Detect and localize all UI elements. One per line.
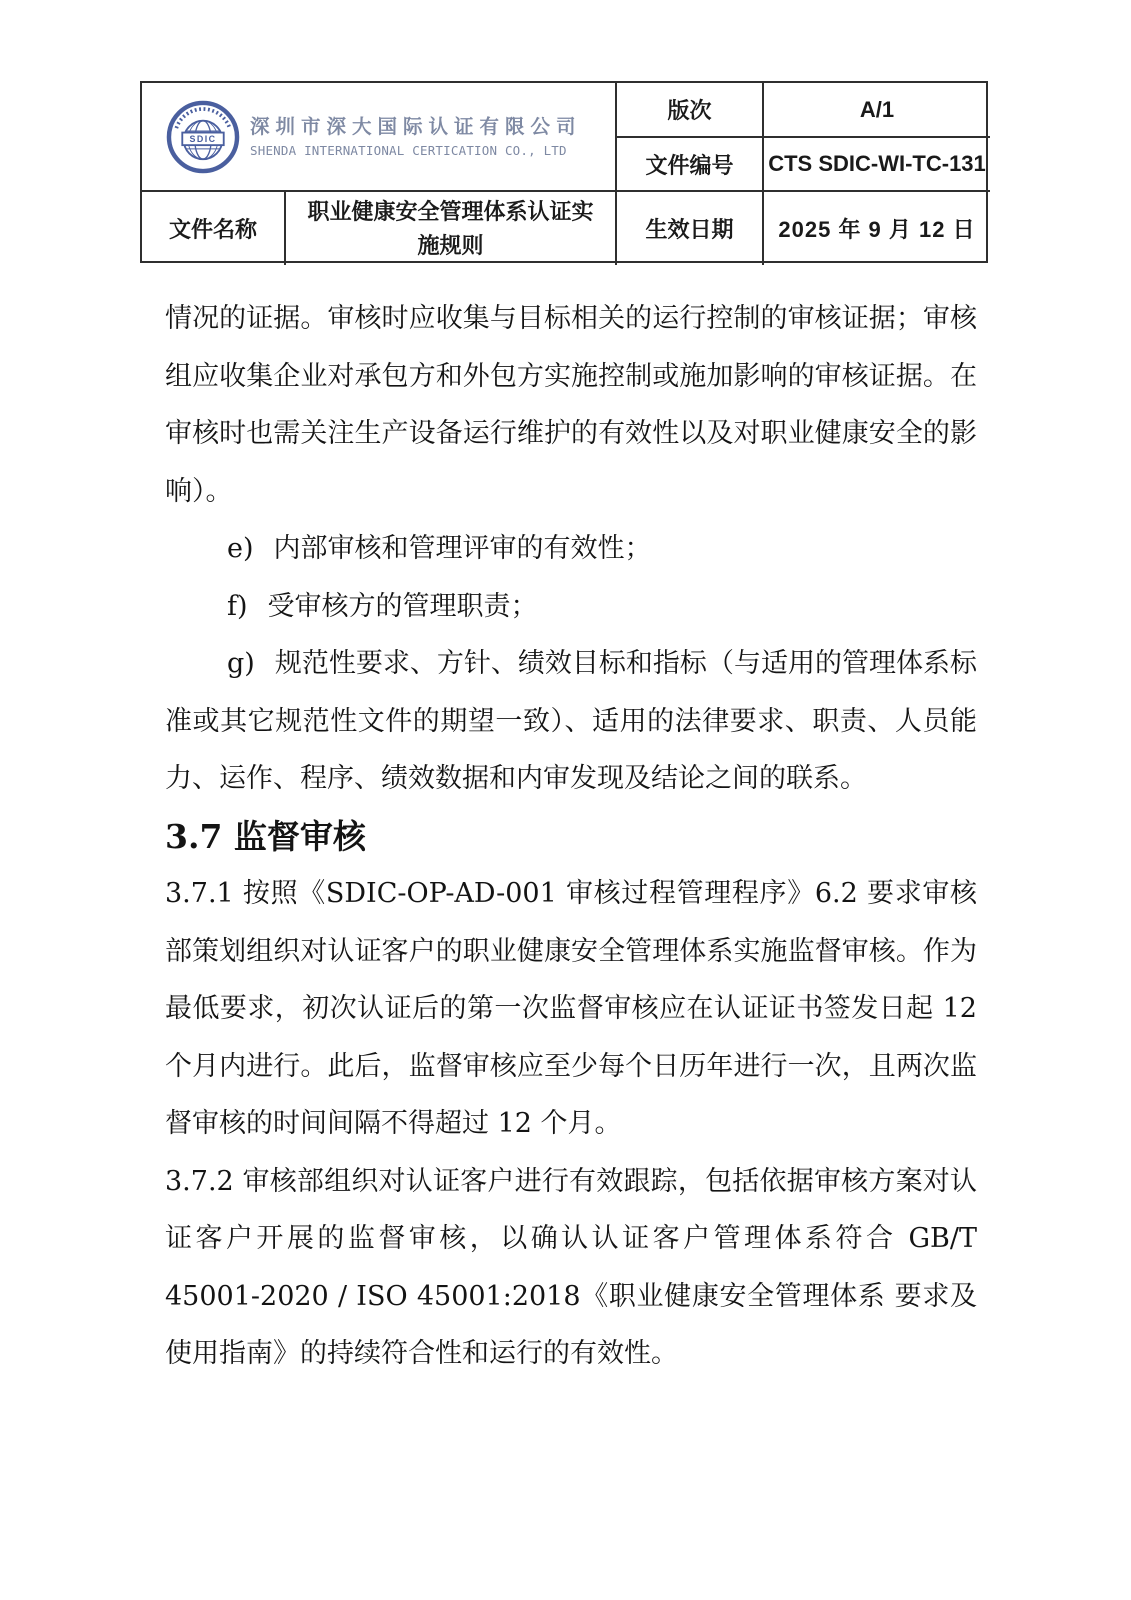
paragraph-3-7-1: 3.7.1 按照《SDIC-OP-AD-001 审核过程管理程序》6.2 要求审…	[165, 865, 977, 1153]
list-marker: g)	[227, 648, 255, 679]
doc-number-label: 文件编号	[615, 136, 762, 190]
paragraph: 情况的证据。审核时应收集与目标相关的运行控制的审核证据；审核组应收集企业对承包方…	[165, 290, 977, 520]
effective-date-value: 2025 年 9 月 12 日	[762, 190, 990, 265]
version-value: A/1	[762, 83, 990, 136]
paragraph-3-7-2: 3.7.2 审核部组织对认证客户进行有效跟踪，包括依据审核方案对认证客户开展的监…	[165, 1153, 977, 1383]
company-name-block: 深圳市深大国际认证有限公司 SHENDA INTERNATIONAL CERTI…	[250, 115, 582, 158]
logo-cell: SDIC 深圳市深大国际认证有限公司 SHENDA INTERNATIONAL …	[142, 83, 615, 190]
list-item-f: f)受审核方的管理职责；	[165, 578, 977, 636]
doc-number-value: CTS SDIC-WI-TC-131	[762, 136, 990, 190]
company-name-cn: 深圳市深大国际认证有限公司	[250, 115, 582, 139]
logo-emblem-text: SDIC	[189, 134, 216, 144]
document-header-table: SDIC 深圳市深大国际认证有限公司 SHENDA INTERNATIONAL …	[140, 81, 988, 263]
company-logo-icon: SDIC	[166, 100, 240, 174]
section-heading-3-7: 3.7 监督审核	[165, 808, 977, 866]
list-item-text: 内部审核和管理评审的有效性；	[274, 533, 652, 564]
version-label: 版次	[615, 83, 762, 136]
list-item-text: 受审核方的管理职责；	[268, 591, 538, 622]
list-item-g: g)规范性要求、方针、绩效目标和指标（与适用的管理体系标准或其它规范性文件的期望…	[165, 635, 977, 808]
company-name-en: SHENDA INTERNATIONAL CERTICATION CO., LT…	[250, 143, 567, 158]
document-body: 情况的证据。审核时应收集与目标相关的运行控制的审核证据；审核组应收集企业对承包方…	[165, 290, 977, 1383]
effective-date-label: 生效日期	[615, 190, 762, 265]
doc-name-label: 文件名称	[142, 190, 284, 265]
list-marker: e)	[227, 533, 254, 564]
list-item-text: 规范性要求、方针、绩效目标和指标（与适用的管理体系标准或其它规范性文件的期望一致…	[165, 648, 977, 794]
list-item-e: e)内部审核和管理评审的有效性；	[165, 520, 977, 578]
doc-name-value: 职业健康安全管理体系认证实施规则	[284, 190, 615, 265]
company-logo: SDIC 深圳市深大国际认证有限公司 SHENDA INTERNATIONAL …	[166, 100, 582, 174]
list-marker: f)	[227, 591, 248, 622]
